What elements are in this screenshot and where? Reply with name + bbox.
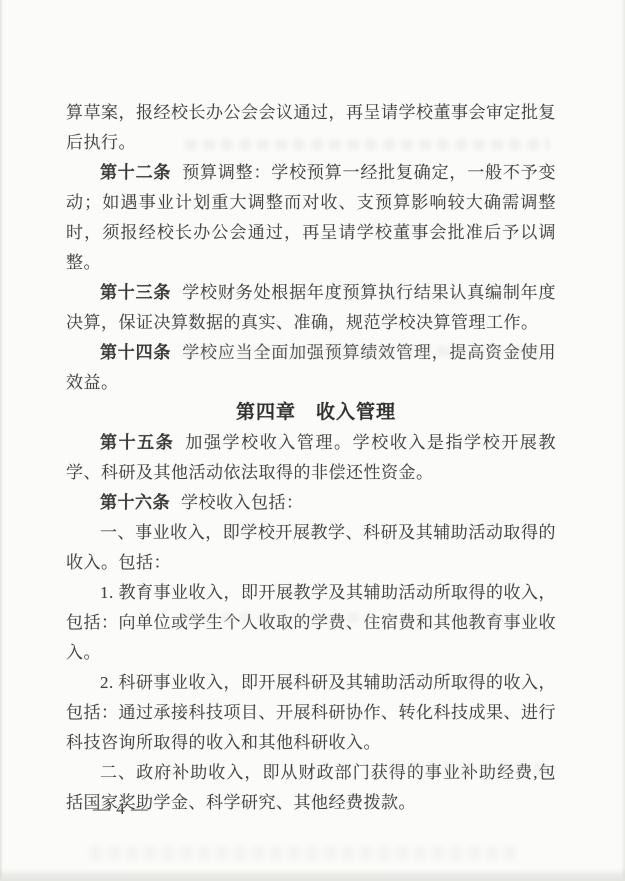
paragraph: 第十二条预算调整：学校预算一经批复确定，一般不予变动；如遇事业计划重大调整而对收… [66,158,556,278]
scan-edge-shadow-bottom [0,868,625,881]
article-number: 第十六条 [100,493,170,512]
document-body: 算草案，报经校长办公会会议通过，再呈请学校董事会审定批复后执行。 第十二条预算调… [66,98,556,818]
scan-ghosting-artifact [185,346,545,357]
paragraph-text: 一、事业收入，即学校开展教学、科研及其辅助活动取得的收入。包括： [66,523,556,572]
paragraph: 2. 科研事业收入，即开展科研及其辅助活动所取得的收入，包括：通过承接科技项目、… [66,668,556,758]
scanned-document-page: 算草案，报经校长办公会会议通过，再呈请学校董事会审定批复后执行。 第十二条预算调… [0,0,625,881]
paragraph: 第十三条学校财务处根据年度预算执行结果认真编制年度决算，保证决算数据的真实、准确… [66,278,556,338]
scan-edge-shadow-right [621,0,625,881]
scan-ghosting-artifact [390,762,550,773]
article-number: 第十五条 [100,433,174,452]
paragraph-text: 学校收入包括： [181,493,304,512]
scan-edge-shadow-left [0,0,3,881]
paragraph: 1. 教育事业收入，即开展教学及其辅助活动所取得的收入，包括：向单位或学生个人收… [66,578,556,668]
scan-ghosting-artifact [185,612,545,623]
paragraph-text: 2. 科研事业收入，即开展科研及其辅助活动所取得的收入，包括：通过承接科技项目、… [66,673,556,752]
paragraph: 一、事业收入，即学校开展教学、科研及其辅助活动取得的收入。包括： [66,518,556,578]
article-number: 第十四条 [100,343,171,362]
scan-ghosting-artifact [185,139,550,150]
chapter-heading: 第四章 收入管理 [66,398,556,428]
article-number: 第十二条 [100,163,171,182]
paragraph: 第十五条加强学校收入管理。学校收入是指学校开展教学、科研及其他活动依法取得的非偿… [66,428,556,488]
paragraph: 第十六条学校收入包括： [66,488,556,518]
article-number: 第十三条 [100,283,171,302]
scan-ghosting-artifact [90,846,520,860]
page-number: — 4 — [93,799,149,819]
